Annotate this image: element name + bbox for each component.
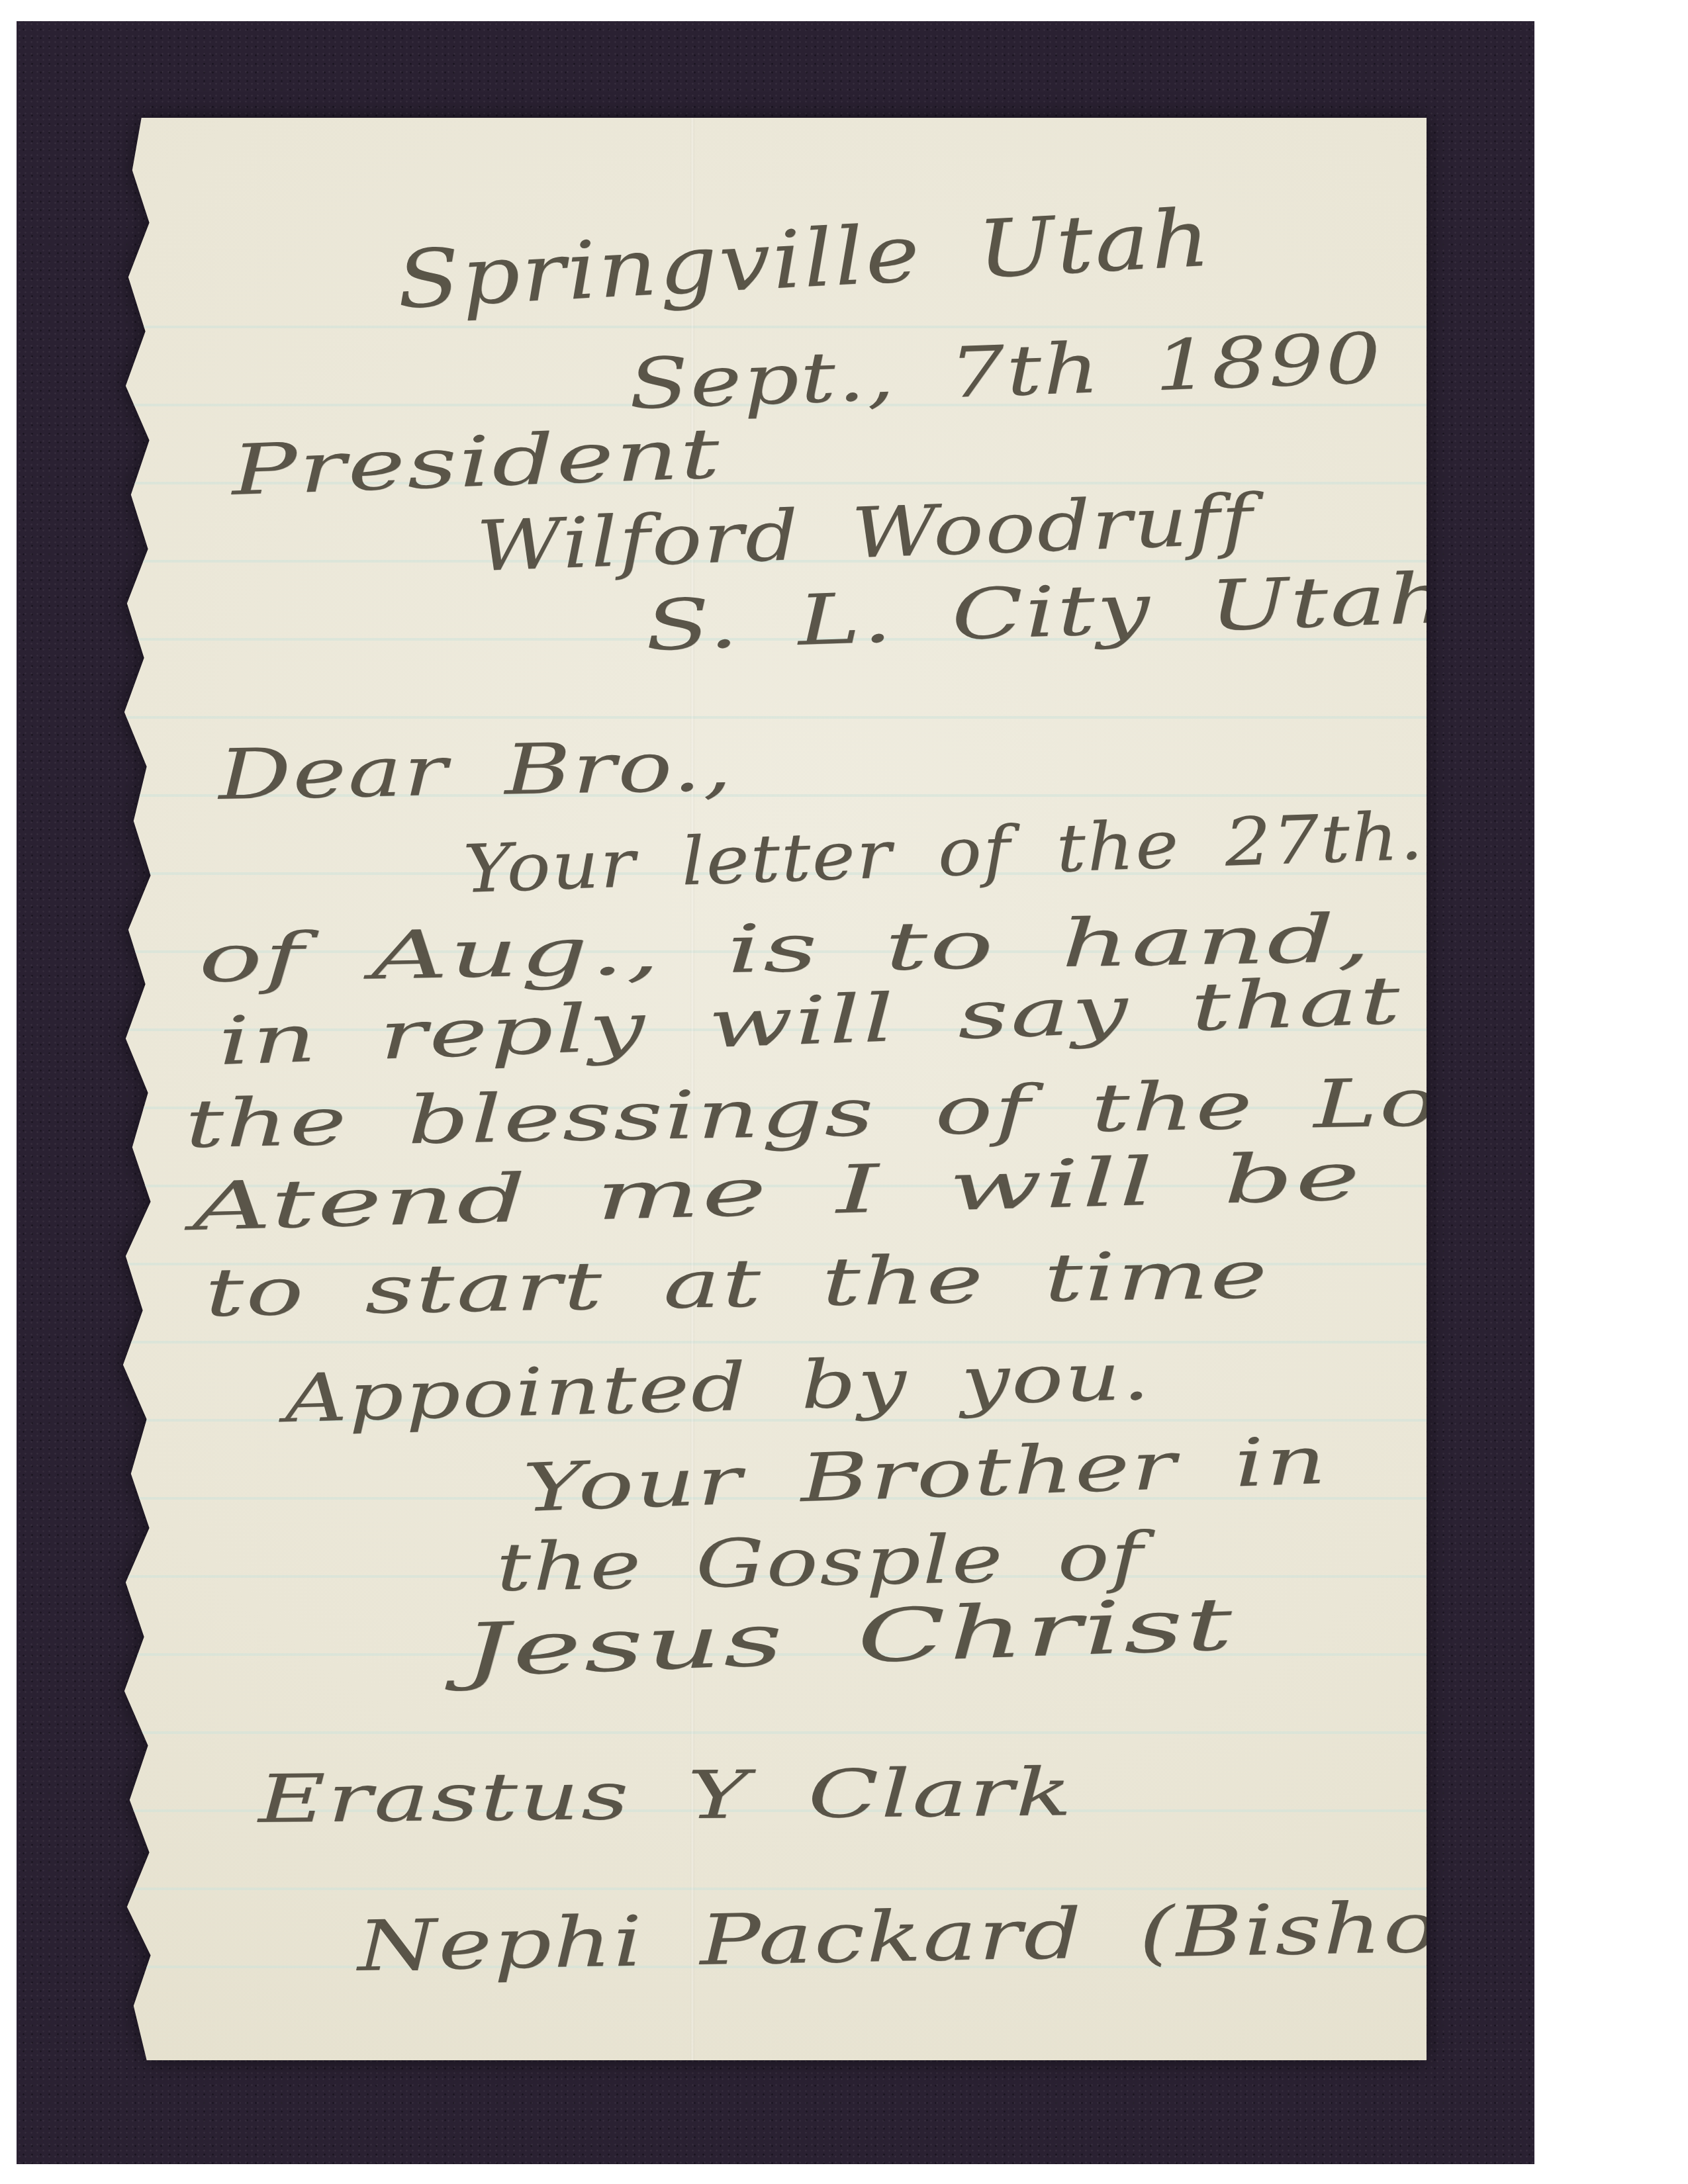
letter-line-body: Your letter of the 27th., [462, 796, 1450, 908]
letter-line-salutation: Dear Bro., [218, 725, 734, 815]
letter-line-body: Appointed by you. [283, 1338, 1152, 1437]
letter-paper: Springville UtahSept., 7th 1890President… [113, 118, 1427, 2060]
letter-line-signature: Nephi Packard (Bishop) [357, 1886, 1537, 1987]
letter-line-place: Springville Utah [395, 193, 1213, 327]
letter-line-closing: Your Brother in [522, 1422, 1329, 1527]
letter-line-signature: Erastus Y Clark [258, 1753, 1074, 1838]
letter-line-recipient: President [230, 413, 723, 511]
scan-mat: Springville UtahSept., 7th 1890President… [17, 21, 1534, 2164]
letter-line-body: the blessings of the Lord to [185, 1059, 1688, 1163]
letter-line-body: to start at the time [205, 1236, 1270, 1332]
handwriting-layer: Springville UtahSept., 7th 1890President… [113, 118, 1427, 2060]
letter-line-date: Sept., 7th 1890 [628, 318, 1383, 425]
letter-page: Springville UtahSept., 7th 1890President… [113, 118, 1427, 2060]
